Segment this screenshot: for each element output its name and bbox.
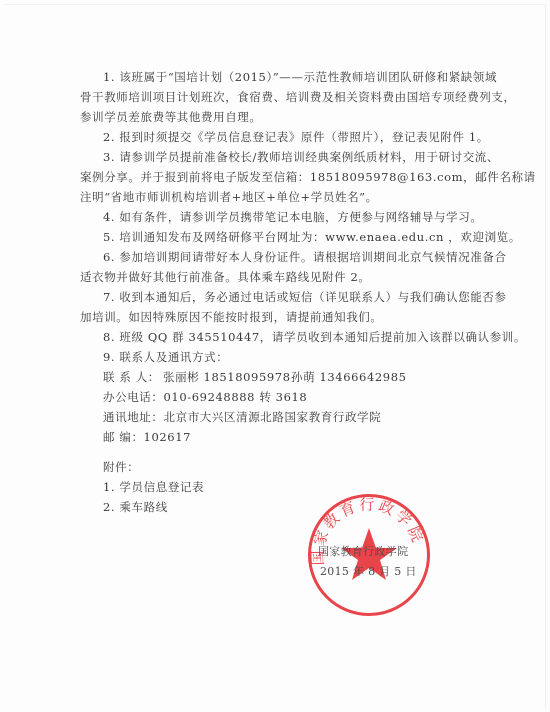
paragraph-1-line-3: 参训学员差旅费等其他费用自理。 bbox=[80, 110, 262, 124]
paragraph-1-line-1: 1. 该班属于“国培计划（2015）”——示范性教师培训团队研修和紧缺领域 bbox=[103, 70, 497, 84]
paragraph-9-line-1: 9. 联系人及通讯方式： bbox=[103, 350, 228, 364]
office-phone: 办公电话：010-69248888 转 3618 bbox=[103, 390, 307, 404]
paragraph-4-line-1: 4. 如有条件，请参训学员携带笔记本电脑，方便参与网络辅导与学习。 bbox=[103, 210, 482, 224]
issuing-organization: 国家教育行政学院 bbox=[318, 543, 408, 559]
contact-2: 孙萌 13466642985 bbox=[291, 370, 407, 384]
contact-label: 联 系 人： bbox=[103, 370, 160, 384]
mailing-address: 通讯地址：北京市大兴区清源北路国家教育行政学院 bbox=[103, 410, 381, 424]
paragraph-3-line-3: 注明“省地市师训机构培训者+地区+单位+学员姓名”。 bbox=[80, 190, 378, 204]
contact-1: 张丽彬 18518095978 bbox=[163, 370, 291, 384]
attachment-item-2: 2. 乘车路线 bbox=[103, 500, 168, 514]
paragraph-7-line-1: 7. 收到本通知后，务必通过电话或短信（详见联系人）与我们确认您能否参 bbox=[103, 290, 507, 304]
paragraph-6-line-2: 适衣物并做好其他行前准备。具体乘车路线见附件 2。 bbox=[80, 270, 370, 284]
attachments-heading: 附件： bbox=[103, 460, 139, 474]
document-page: 1. 该班属于“国培计划（2015）”——示范性教师培训团队研修和紧缺领域 骨干… bbox=[0, 0, 550, 712]
attachment-item-1: 1. 学员信息登记表 bbox=[103, 480, 204, 494]
paragraph-6-line-1: 6. 参加培训期间请带好本人身份证件。请根据培训期间北京气候情况准备合 bbox=[103, 250, 507, 264]
paragraph-5-line-1: 5. 培训通知发布及网络研修平台网址为：www.enaea.edu.cn ，欢迎… bbox=[103, 230, 521, 244]
paragraph-2-line-1: 2. 报到时须提交《学员信息登记表》原件（带照片），登记表见附件 1。 bbox=[103, 130, 489, 144]
paragraph-3-line-2: 案例分享。并于报到前将电子版发至信箱：18518095978@163.com，邮… bbox=[80, 170, 536, 184]
paragraph-1-line-2: 骨干教师培训项目计划班次，食宿费、培训费及相关资料费由国培专项经费列支， bbox=[80, 90, 516, 104]
postcode: 邮 编：102617 bbox=[103, 430, 191, 444]
paragraph-3-line-1: 3. 请参训学员提前准备校长/教师培训经典案例纸质材料，用于研讨交流、 bbox=[103, 150, 499, 164]
paragraph-8-line-1: 8. 班级 QQ 群 345510447，请学员收到本通知后提前加入该群以确认参… bbox=[103, 330, 526, 344]
issue-date: 2015 年 8 月 5 日 bbox=[320, 563, 417, 579]
paragraph-7-line-2: 加培训。如因特殊原因不能按时报到，请提前通知我们。 bbox=[80, 310, 383, 324]
